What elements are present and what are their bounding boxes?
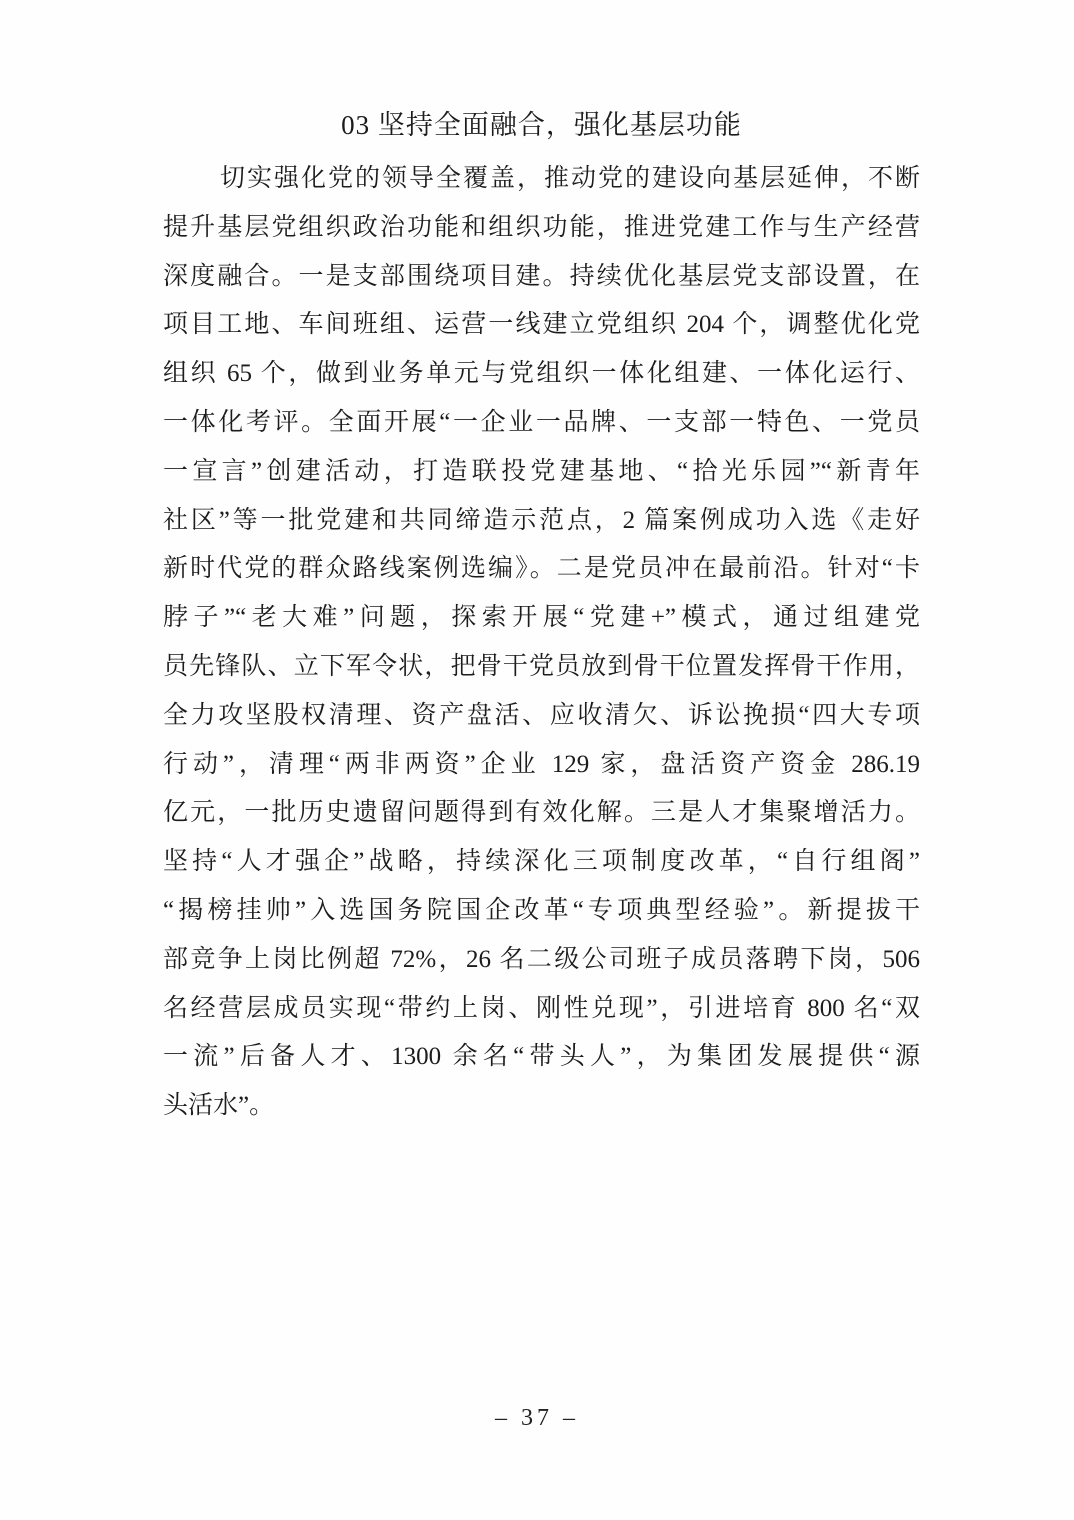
paragraph-line: 亿元，一批历史遗留问题得到有效化解。三是人才集聚增活力。 [163, 789, 920, 838]
paragraph-line: 行动”，清理“两非两资”企业 129 家，盘活资产资金 286.19 [163, 741, 920, 790]
paragraph-line: 坚持“人才强企”战略，持续深化三项制度改革，“自行组阁” [163, 838, 920, 887]
paragraph-line: 头活水”。 [163, 1082, 920, 1131]
paragraph-line: 员先锋队、立下军令状，把骨干党员放到骨干位置发挥骨干作用， [163, 643, 920, 692]
paragraph-line: 一流”后备人才、1300 余名“带头人”，为集团发展提供“源 [163, 1033, 920, 1082]
paragraph-line: 提升基层党组织政治功能和组织功能，推进党建工作与生产经营 [163, 204, 920, 253]
paragraph-line: 部竞争上岗比例超 72%，26 名二级公司班子成员落聘下岗，506 [163, 936, 920, 985]
paragraph-line: 新时代党的群众路线案例选编》。二是党员冲在最前沿。针对“卡 [163, 545, 920, 594]
paragraph-line: “揭榜挂帅”入选国务院国企改革“专项典型经验”。新提拔干 [163, 887, 920, 936]
paragraph-line: 切实强化党的领导全覆盖，推动党的建设向基层延伸，不断 [163, 155, 920, 204]
paragraph-line: 脖子”“老大难”问题，探索开展“党建+”模式，通过组建党 [163, 594, 920, 643]
paragraph-line: 社区”等一批党建和共同缔造示范点，2 篇案例成功入选《走好 [163, 497, 920, 546]
paragraph-line: 深度融合。一是支部围绕项目建。持续优化基层党支部设置，在 [163, 253, 920, 302]
paragraph-line: 组织 65 个，做到业务单元与党组织一体化组建、一体化运行、 [163, 350, 920, 399]
paragraph-line: 一宣言”创建活动，打造联投党建基地、“拾光乐园”“新青年 [163, 448, 920, 497]
paragraph-line: 一体化考评。全面开展“一企业一品牌、一支部一特色、一党员 [163, 399, 920, 448]
page-footer: – 37 – [0, 1398, 1074, 1438]
document-page: 03 坚持全面融合，强化基层功能 切实强化党的领导全覆盖，推动党的建设向基层延伸… [0, 0, 1074, 1520]
paragraph-line: 项目工地、车间班组、运营一线建立党组织 204 个，调整优化党 [163, 301, 920, 350]
document-content: 03 坚持全面融合，强化基层功能 切实强化党的领导全覆盖，推动党的建设向基层延伸… [163, 101, 920, 1131]
section-title: 03 坚持全面融合，强化基层功能 [163, 101, 920, 150]
paragraph-line: 全力攻坚股权清理、资产盘活、应收清欠、诉讼挽损“四大专项 [163, 692, 920, 741]
paragraph-line: 名经营层成员实现“带约上岗、刚性兑现”，引进培育 800 名“双 [163, 985, 920, 1034]
page-number: – 37 – [495, 1405, 579, 1431]
body-paragraph: 切实强化党的领导全覆盖，推动党的建设向基层延伸，不断提升基层党组织政治功能和组织… [163, 155, 920, 1131]
